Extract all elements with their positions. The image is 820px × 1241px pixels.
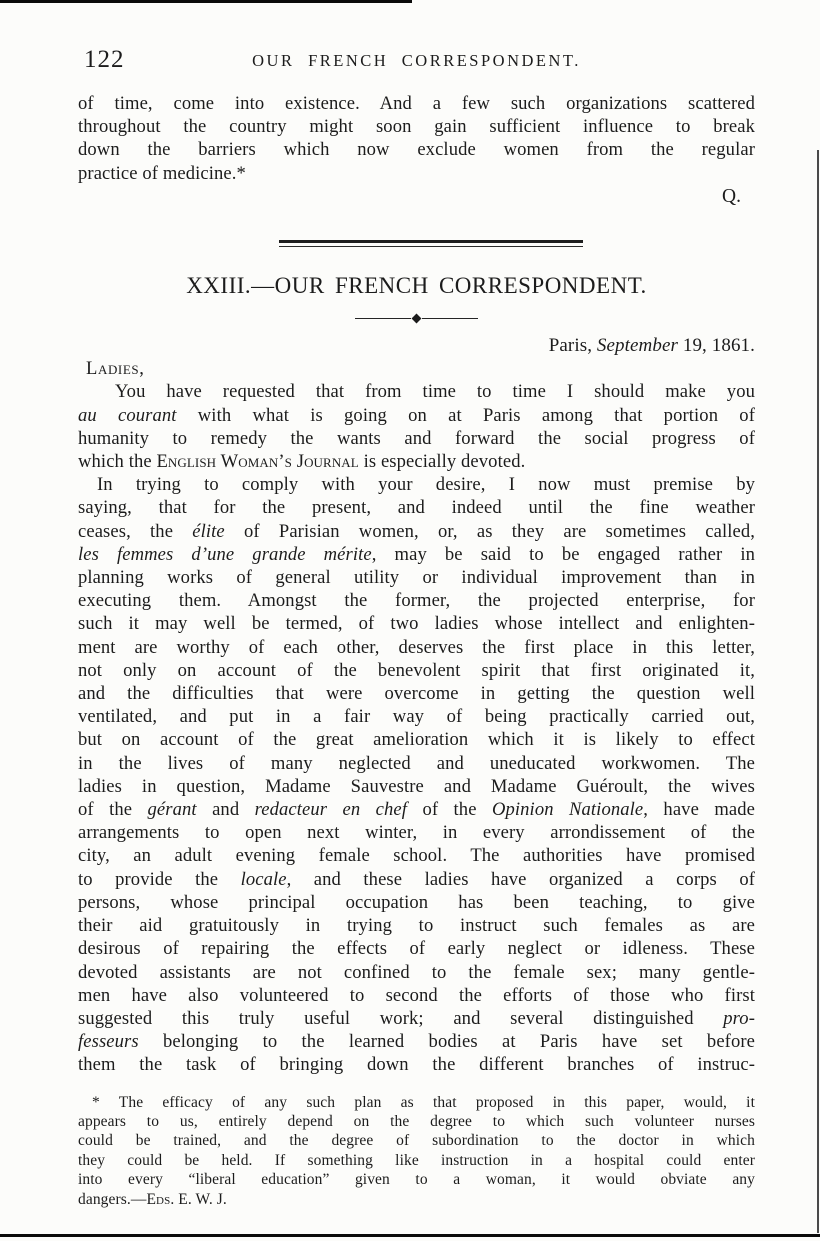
text-line: and the difficulties that were overcome … bbox=[78, 682, 755, 705]
scan-bottom-edge-mark bbox=[0, 1234, 820, 1237]
text-line: they could be held. If something like in… bbox=[78, 1151, 755, 1170]
text-line: throughout the country might soon gain s… bbox=[78, 115, 755, 138]
text-line: devoted assistants are not confined to t… bbox=[78, 961, 755, 984]
text-line: desirous of repairing the effects of ear… bbox=[78, 937, 755, 960]
text-line: appears to us, entirely depend on the de… bbox=[78, 1112, 755, 1131]
text-line: them the task of bringing down the diffe… bbox=[78, 1053, 755, 1076]
text-line: * The efficacy of any such plan as that … bbox=[78, 1093, 755, 1112]
text-line: men have also volunteered to second the … bbox=[78, 984, 755, 1007]
salutation: Ladies, bbox=[78, 357, 755, 380]
text-line: au courant with what is going on at Pari… bbox=[78, 404, 755, 427]
paragraph-1: You have requested that from time to tim… bbox=[78, 380, 755, 473]
text-line: Ladies, bbox=[78, 357, 755, 380]
article-title: XXIII.—OUR FRENCH CORRESPONDENT. bbox=[78, 271, 755, 301]
page-header: 122 OUR FRENCH CORRESPONDENT. bbox=[78, 46, 755, 74]
divider-line-right bbox=[422, 318, 478, 320]
text-line: ceases, the élite of Parisian women, or,… bbox=[78, 520, 755, 543]
diamond-ornament bbox=[412, 314, 422, 324]
text-line: but on account of the great amelioration… bbox=[78, 728, 755, 751]
signature: Q. bbox=[78, 185, 755, 208]
scan-right-edge-line bbox=[817, 150, 819, 1233]
dateline: Paris, September 19, 1861. bbox=[78, 334, 755, 357]
text-line: city, an adult evening female school. Th… bbox=[78, 844, 755, 867]
text-line: ment are worthy of each other, deserves … bbox=[78, 636, 755, 659]
text-line: their aid gratuitously in trying to inst… bbox=[78, 914, 755, 937]
intro-paragraph: of time, come into existence. And a few … bbox=[78, 92, 755, 185]
text-line: not only on account of the benevolent sp… bbox=[78, 659, 755, 682]
text-line: which the English Woman’s Journal is esp… bbox=[78, 450, 755, 473]
text-line: You have requested that from time to tim… bbox=[78, 380, 755, 403]
divider-rule-thick bbox=[279, 240, 583, 243]
text-line: to provide the locale, and these ladies … bbox=[78, 868, 755, 891]
paragraph-2: In trying to comply with your desire, I … bbox=[78, 473, 755, 1076]
text-line: planning works of general utility or ind… bbox=[78, 566, 755, 589]
text-line: les femmes d’une grande mérite, may be s… bbox=[78, 543, 755, 566]
section-divider bbox=[279, 240, 583, 247]
divider-rule-thin bbox=[279, 246, 583, 248]
footnote: * The efficacy of any such plan as that … bbox=[78, 1093, 755, 1209]
page-number: 122 bbox=[84, 46, 125, 74]
text-line: practice of medicine.* bbox=[78, 162, 755, 185]
text-line: of the gérant and redacteur en chef of t… bbox=[78, 798, 755, 821]
page-content: 122 OUR FRENCH CORRESPONDENT. of time, c… bbox=[0, 0, 820, 1209]
scan-top-edge-mark bbox=[0, 0, 412, 3]
text-line: humanity to remedy the wants and forward… bbox=[78, 427, 755, 450]
text-line: Paris, September 19, 1861. bbox=[78, 334, 755, 357]
text-line: ladies in question, Madame Sauvestre and… bbox=[78, 775, 755, 798]
text-line: ventilated, and put in a fair way of bei… bbox=[78, 705, 755, 728]
text-line: of time, come into existence. And a few … bbox=[78, 92, 755, 115]
text-line: saying, that for the present, and indeed… bbox=[78, 496, 755, 519]
text-line: dangers.—Eds. E. W. J. bbox=[78, 1190, 755, 1209]
text-line: In trying to comply with your desire, I … bbox=[78, 473, 755, 496]
title-divider bbox=[78, 314, 755, 323]
text-line: arrangements to open next winter, in eve… bbox=[78, 821, 755, 844]
divider-line-left bbox=[355, 318, 411, 320]
text-line: in the lives of many neglected and unedu… bbox=[78, 752, 755, 775]
running-head: OUR FRENCH CORRESPONDENT. bbox=[78, 46, 755, 71]
text-line: could be trained, and the degree of subo… bbox=[78, 1131, 755, 1150]
text-line: fesseurs belonging to the learned bodies… bbox=[78, 1030, 755, 1053]
text-line: into every “liberal education” given to … bbox=[78, 1170, 755, 1189]
text-line: such it may well be termed, of two ladie… bbox=[78, 612, 755, 635]
text-line: executing them. Amongst the former, the … bbox=[78, 589, 755, 612]
document-page: 122 OUR FRENCH CORRESPONDENT. of time, c… bbox=[0, 0, 820, 1241]
text-line: down the barriers which now exclude wome… bbox=[78, 138, 755, 161]
text-line: suggested this truly useful work; and se… bbox=[78, 1007, 755, 1030]
text-line: persons, whose principal occupation has … bbox=[78, 891, 755, 914]
